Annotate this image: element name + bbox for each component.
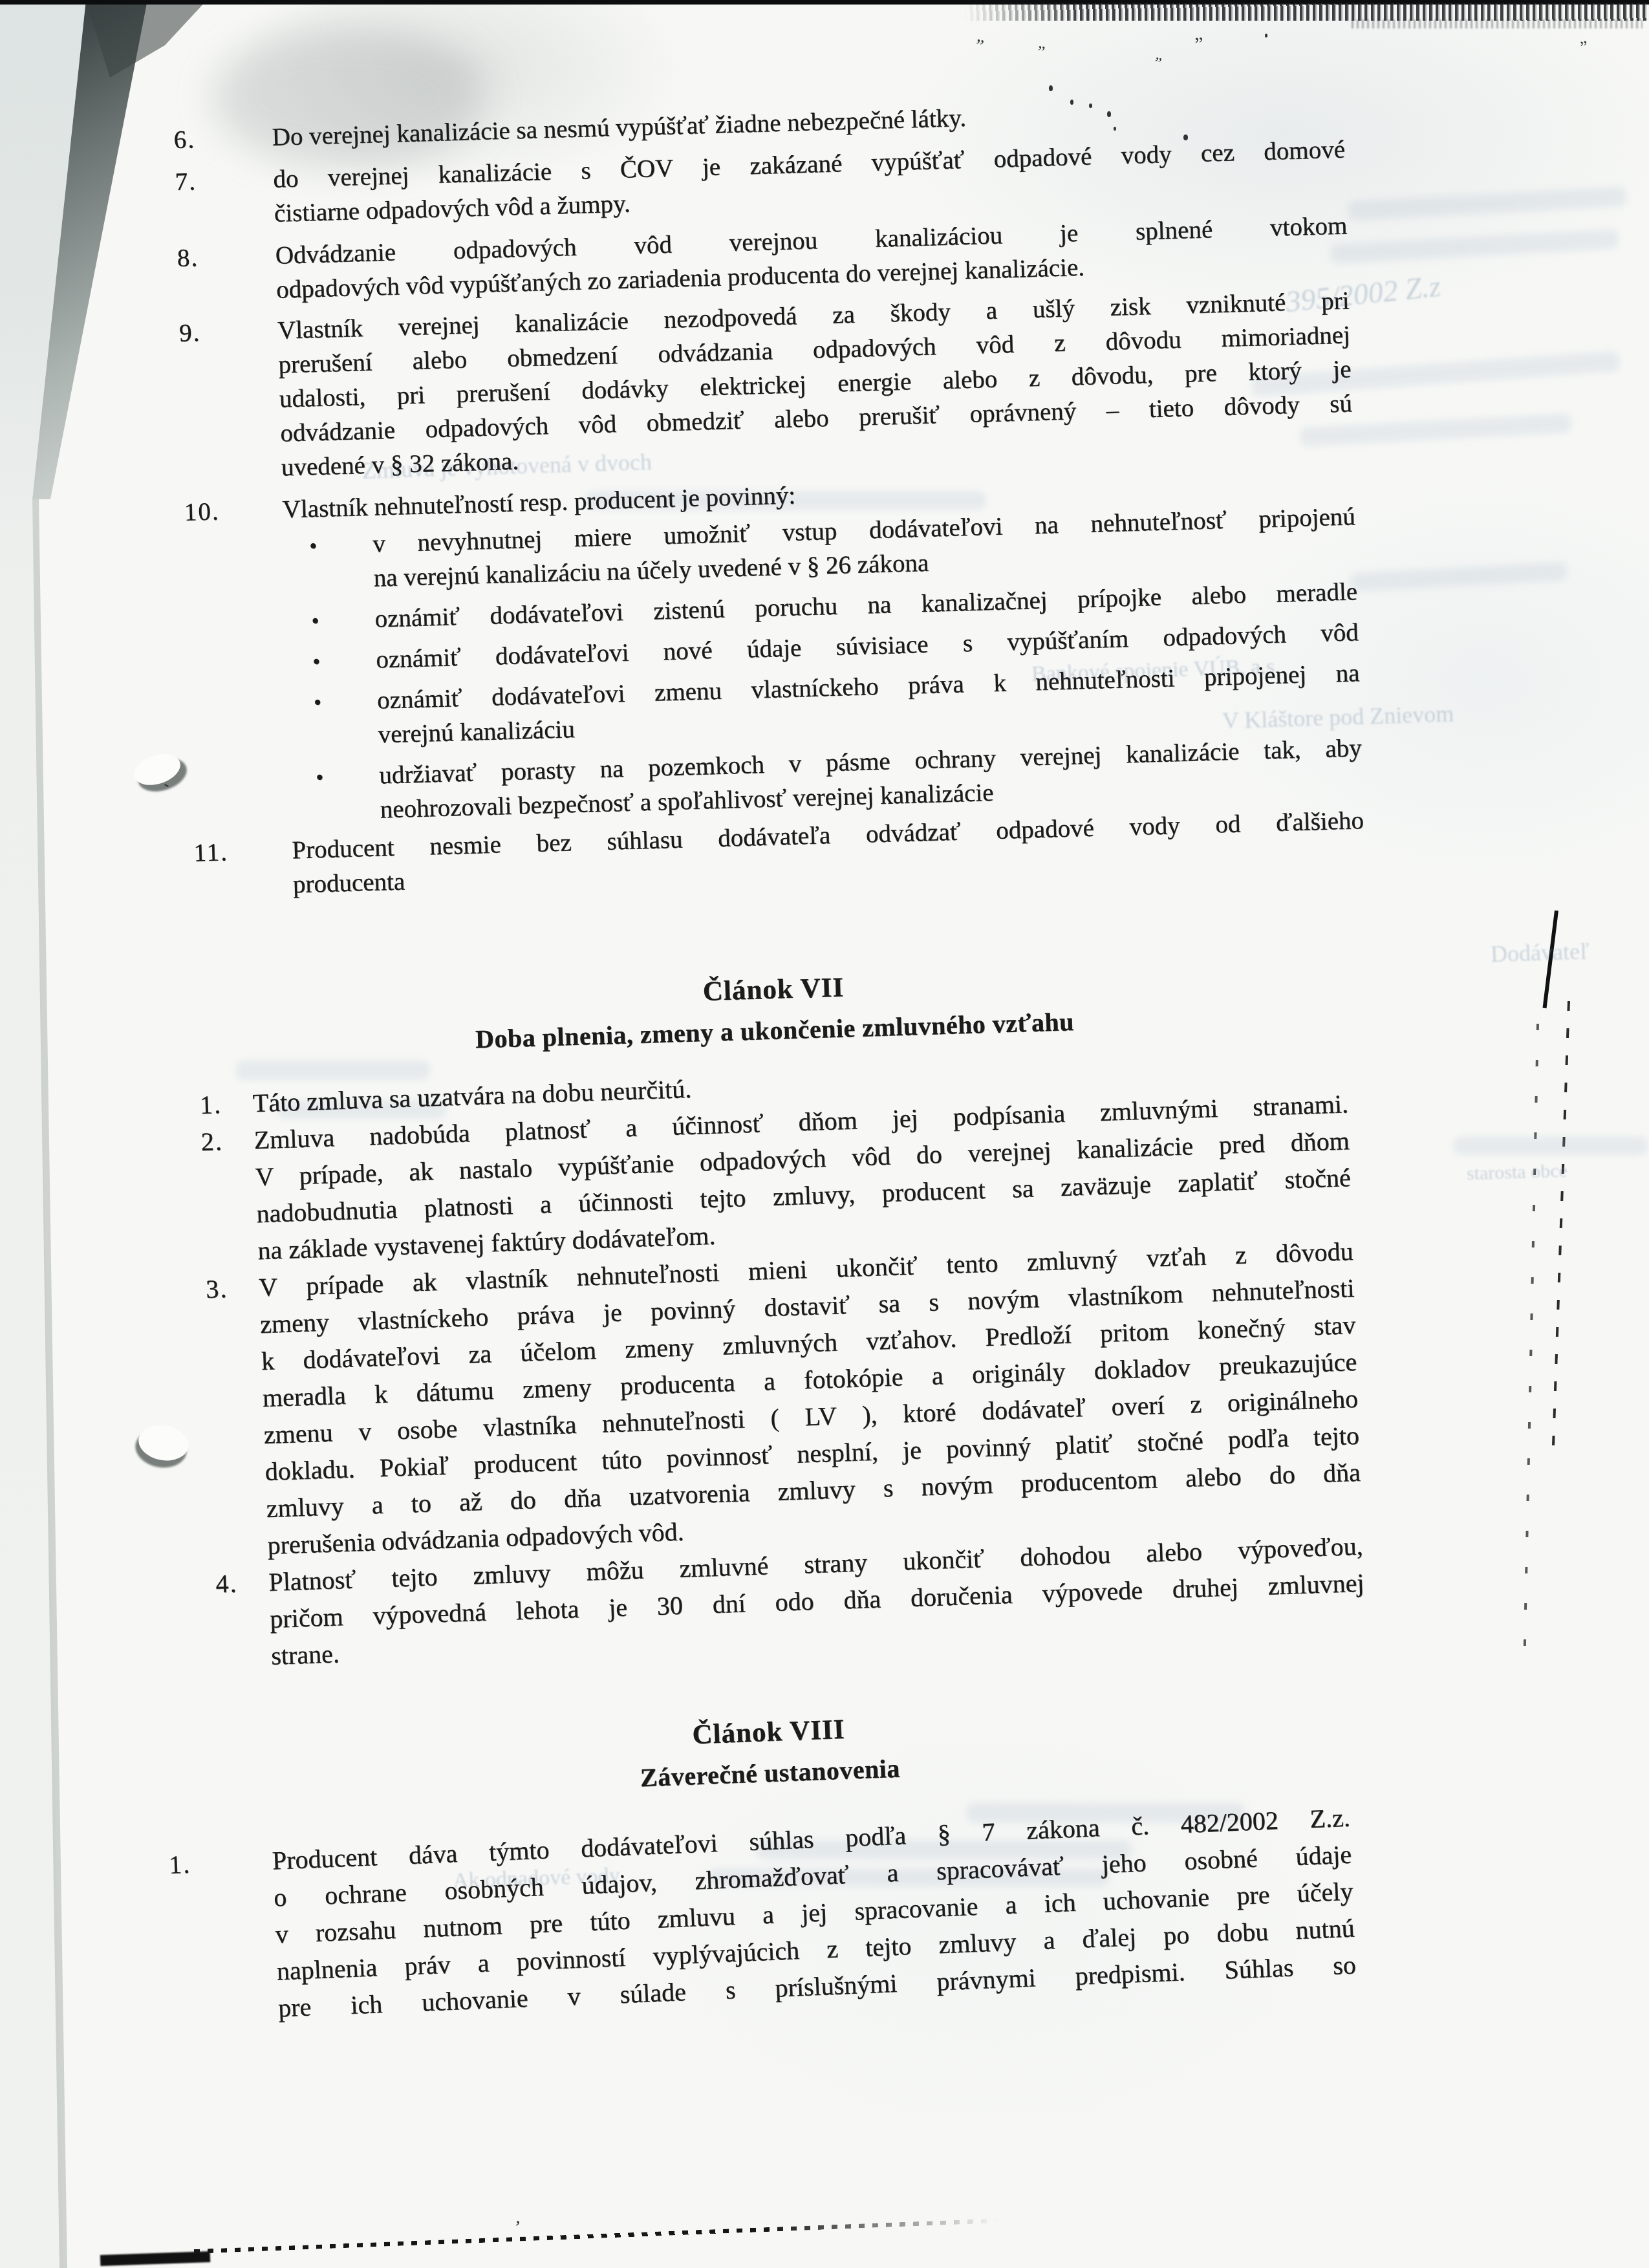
article-7-list: 1. Táto zmluva sa uzatvára na dobu neurč… — [199, 1048, 1366, 1676]
item-number: 11. — [193, 833, 294, 904]
item-number: 4. — [215, 1564, 272, 1676]
ink-speck — [1265, 34, 1267, 38]
punch-hole — [138, 1425, 190, 1463]
bullet-icon: • — [316, 760, 324, 795]
list-item: 3. V prípade ak vlastník nehnuteľnosti m… — [205, 1233, 1362, 1566]
item-number: 1. — [199, 1085, 253, 1123]
numbered-list-6-11: 6. Do verejnej kanalizácie sa nesmú vypú… — [173, 90, 1365, 904]
item-number: 7. — [175, 162, 275, 233]
item-text: V prípade ak vlastník nehnuteľnosti mien… — [258, 1233, 1362, 1564]
item-number: 8. — [177, 239, 277, 310]
bullet-icon: • — [313, 685, 321, 720]
item-number: 10. — [184, 493, 283, 530]
bullet-icon: • — [309, 528, 318, 564]
ink-bleed-artifact — [1454, 1137, 1648, 1155]
item-number: 3. — [205, 1269, 268, 1565]
bullet-list: • v nevyhnutnej miere umožniť vstup dodá… — [308, 499, 1363, 828]
ink-bleed-artifact — [236, 1061, 430, 1080]
punch-hole: ‑ — [133, 755, 184, 786]
list-item: 9. Vlastník verejnej kanalizácie nezodpo… — [178, 283, 1353, 487]
bullet-icon: • — [311, 603, 319, 639]
item-text: Vlastník verejnej kanalizácie nezodpoved… — [277, 283, 1353, 484]
bleed-through-text: starosta obce — [1467, 1160, 1568, 1185]
scanned-contract-page: ” ” „ ” ” ’ ‑ 395/2002 Z.z Zmluva je vyh… — [0, 0, 1649, 2268]
item-number: 9. — [178, 314, 281, 488]
ink-speck — [1049, 85, 1053, 91]
item-number: 6. — [173, 120, 272, 157]
bleed-through-text: Dodávateľ — [1490, 938, 1590, 968]
item-number: 2. — [200, 1121, 259, 1271]
bullet-icon: • — [312, 644, 321, 680]
item-number: 1. — [168, 1842, 279, 2031]
